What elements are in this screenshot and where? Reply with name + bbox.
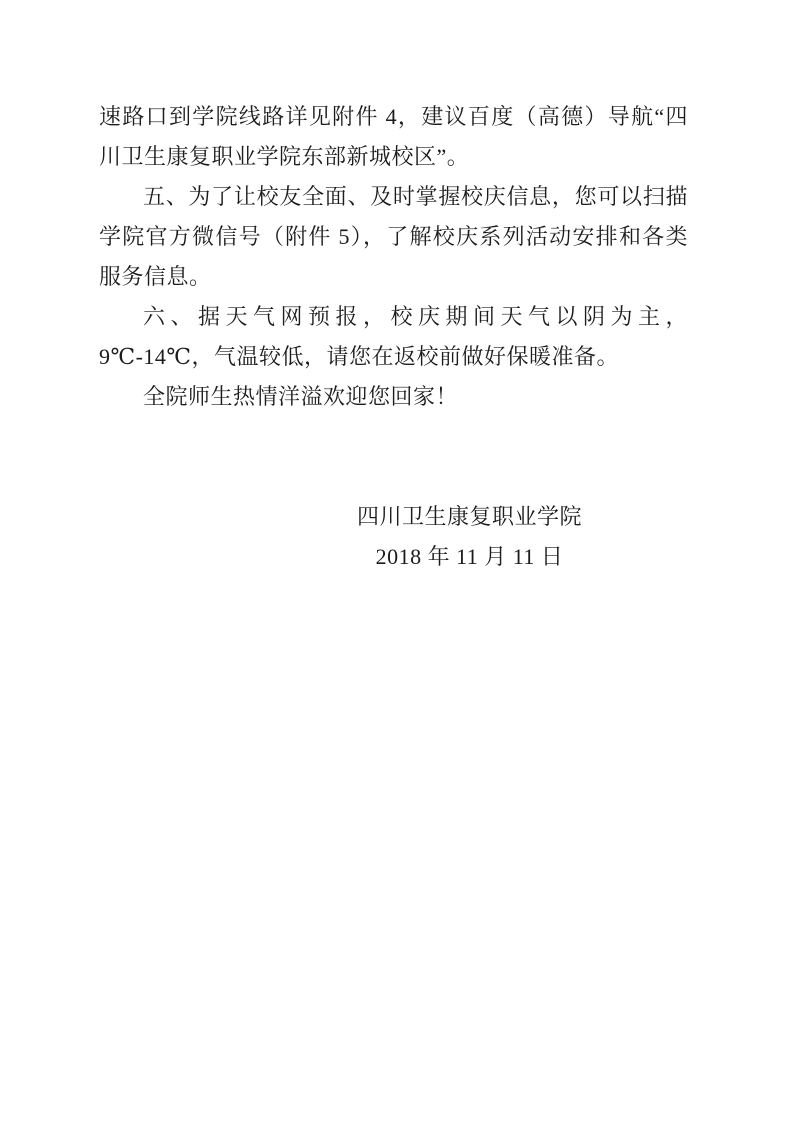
paragraph-route-continuation: 速路口到学院线路详见附件 4，建议百度（高德）导航“四川卫生康复职业学院东部新城… [99, 97, 688, 177]
signature-date: 2018 年 11 月 11 日 [175, 537, 764, 577]
signature-organization: 四川卫生康复职业学院 [175, 497, 764, 537]
document-page: 速路口到学院线路详见附件 4，建议百度（高德）导航“四川卫生康复职业学院东部新城… [0, 0, 793, 1122]
paragraph-item-6: 六、据天气网预报，校庆期间天气以阴为主，9℃-14℃，气温较低，请您在返校前做好… [99, 297, 688, 377]
signature-block: 四川卫生康复职业学院 2018 年 11 月 11 日 [175, 497, 764, 577]
paragraph-item-5: 五、为了让校友全面、及时掌握校庆信息，您可以扫描学院官方微信号（附件 5），了解… [99, 177, 688, 297]
paragraph-closing: 全院师生热情洋溢欢迎您回家！ [99, 377, 688, 417]
